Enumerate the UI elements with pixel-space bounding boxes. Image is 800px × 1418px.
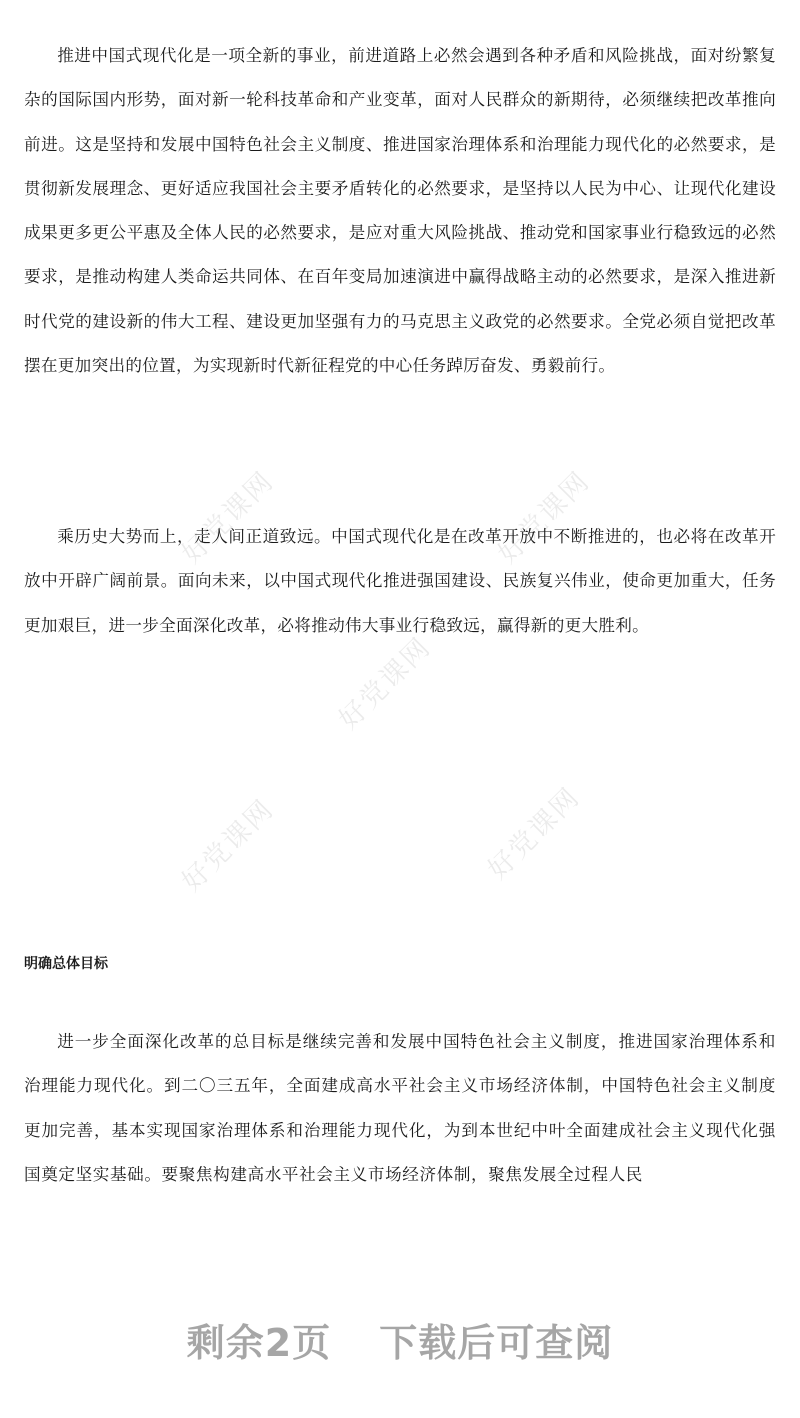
watermark: 好党课网 bbox=[171, 789, 281, 899]
body-paragraph-1: 推进中国式现代化是一项全新的事业，前进道路上必然会遇到各种矛盾和风险挑战，面对纷… bbox=[24, 34, 776, 388]
watermark: 好党课网 bbox=[477, 777, 587, 887]
body-paragraph-2: 乘历史大势而上，走人间正道致远。中国式现代化是在改革开放中不断推进的，也必将在改… bbox=[24, 515, 776, 648]
download-prompt-label[interactable]: 下载后可查阅 bbox=[379, 1321, 613, 1365]
section-heading: 明确总体目标 bbox=[24, 952, 108, 976]
download-banner[interactable]: 剩余2页下载后可查阅 bbox=[0, 1312, 800, 1367]
remaining-pages-label: 剩余2页 bbox=[187, 1321, 331, 1365]
document-page: 推进中国式现代化是一项全新的事业，前进道路上必然会遇到各种矛盾和风险挑战，面对纷… bbox=[0, 0, 800, 1418]
section-paragraph: 进一步全面深化改革的总目标是继续完善和发展中国特色社会主义制度，推进国家治理体系… bbox=[24, 1020, 776, 1197]
